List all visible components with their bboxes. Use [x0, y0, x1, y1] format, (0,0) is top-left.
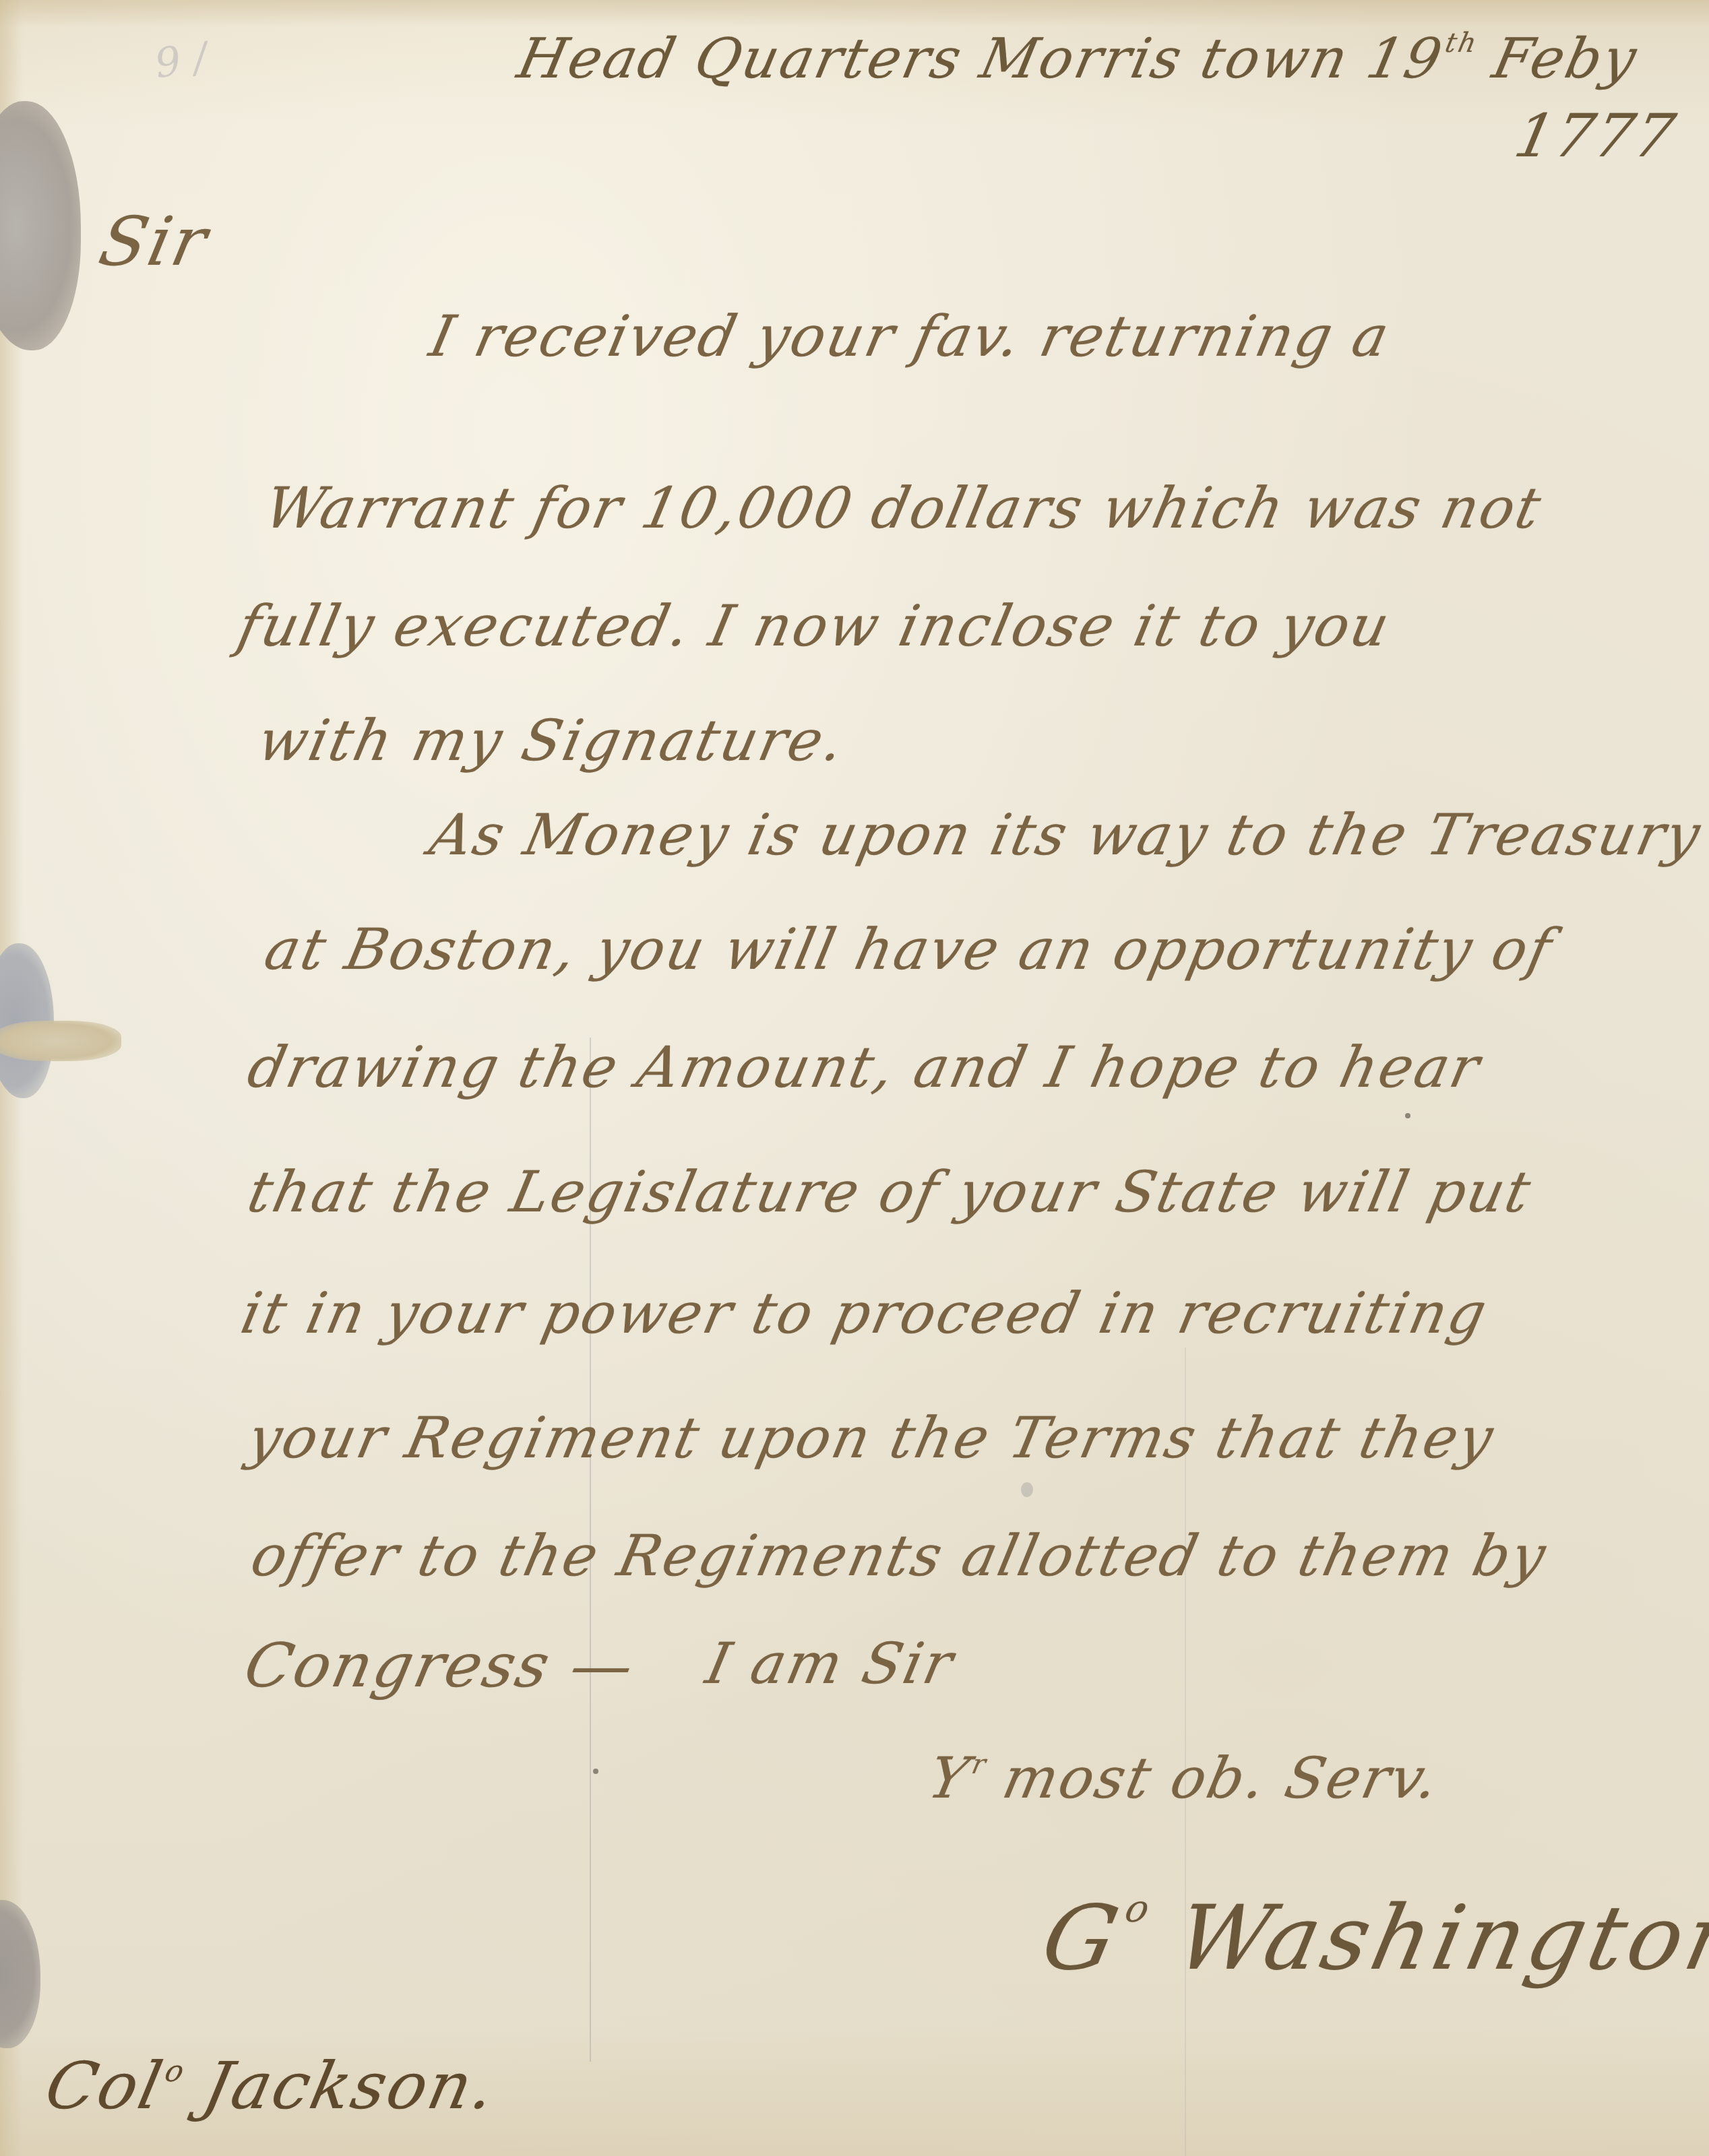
addressee: Colo Jackson. — [39, 2048, 503, 2124]
body-line: Warrant for 10,000 dollars which was not — [259, 475, 1549, 541]
body-line: that the Legislature of your State will … — [243, 1159, 1539, 1225]
paper-tear — [0, 1021, 121, 1061]
paper-top-edge — [0, 0, 1709, 27]
salutation: Sir — [93, 202, 216, 281]
body-line: drawing the Amount, and I hope to hear — [243, 1034, 1487, 1100]
dateline-day-suffix: th — [1442, 28, 1481, 59]
closing-i-am-sir: I am Sir — [701, 1630, 961, 1697]
letter-page: 9 / Head Quarters Morris town 19th Feby … — [0, 0, 1709, 2156]
body-line: it in your power to proceed in recruitin… — [236, 1280, 1494, 1346]
dateline-year: 1777 — [1509, 101, 1683, 170]
closing-most-obedient-servant: Yr most ob. Serv. — [923, 1745, 1446, 1811]
faint-pencil-marks: 9 / — [152, 34, 210, 88]
adhesive-stain-top — [0, 101, 81, 350]
dateline-place: Head Quarters Morris town — [512, 27, 1355, 91]
body-line: offer to the Regiments allotted to them … — [246, 1523, 1553, 1589]
dateline: Head Quarters Morris town 19th Feby — [512, 27, 1644, 91]
body-line: fully executed. I now inclose it to you — [232, 593, 1397, 659]
body-line: with my Signature. — [253, 707, 852, 773]
adhesive-stain-bottom — [0, 1900, 40, 2048]
body-line: your Regiment upon the Terms that they — [243, 1405, 1501, 1471]
dateline-month: Feby — [1487, 27, 1644, 91]
body-line: I received your fav. returning a — [425, 303, 1396, 369]
closing-congress: Congress — — [239, 1630, 642, 1701]
signature: Go Washington — [1034, 1886, 1709, 1990]
dateline-day: 19 — [1361, 27, 1450, 91]
body-line: As Money is upon its way to the Treasury — [425, 802, 1708, 868]
body-line: at Boston, you will have an opportunity … — [259, 916, 1559, 982]
